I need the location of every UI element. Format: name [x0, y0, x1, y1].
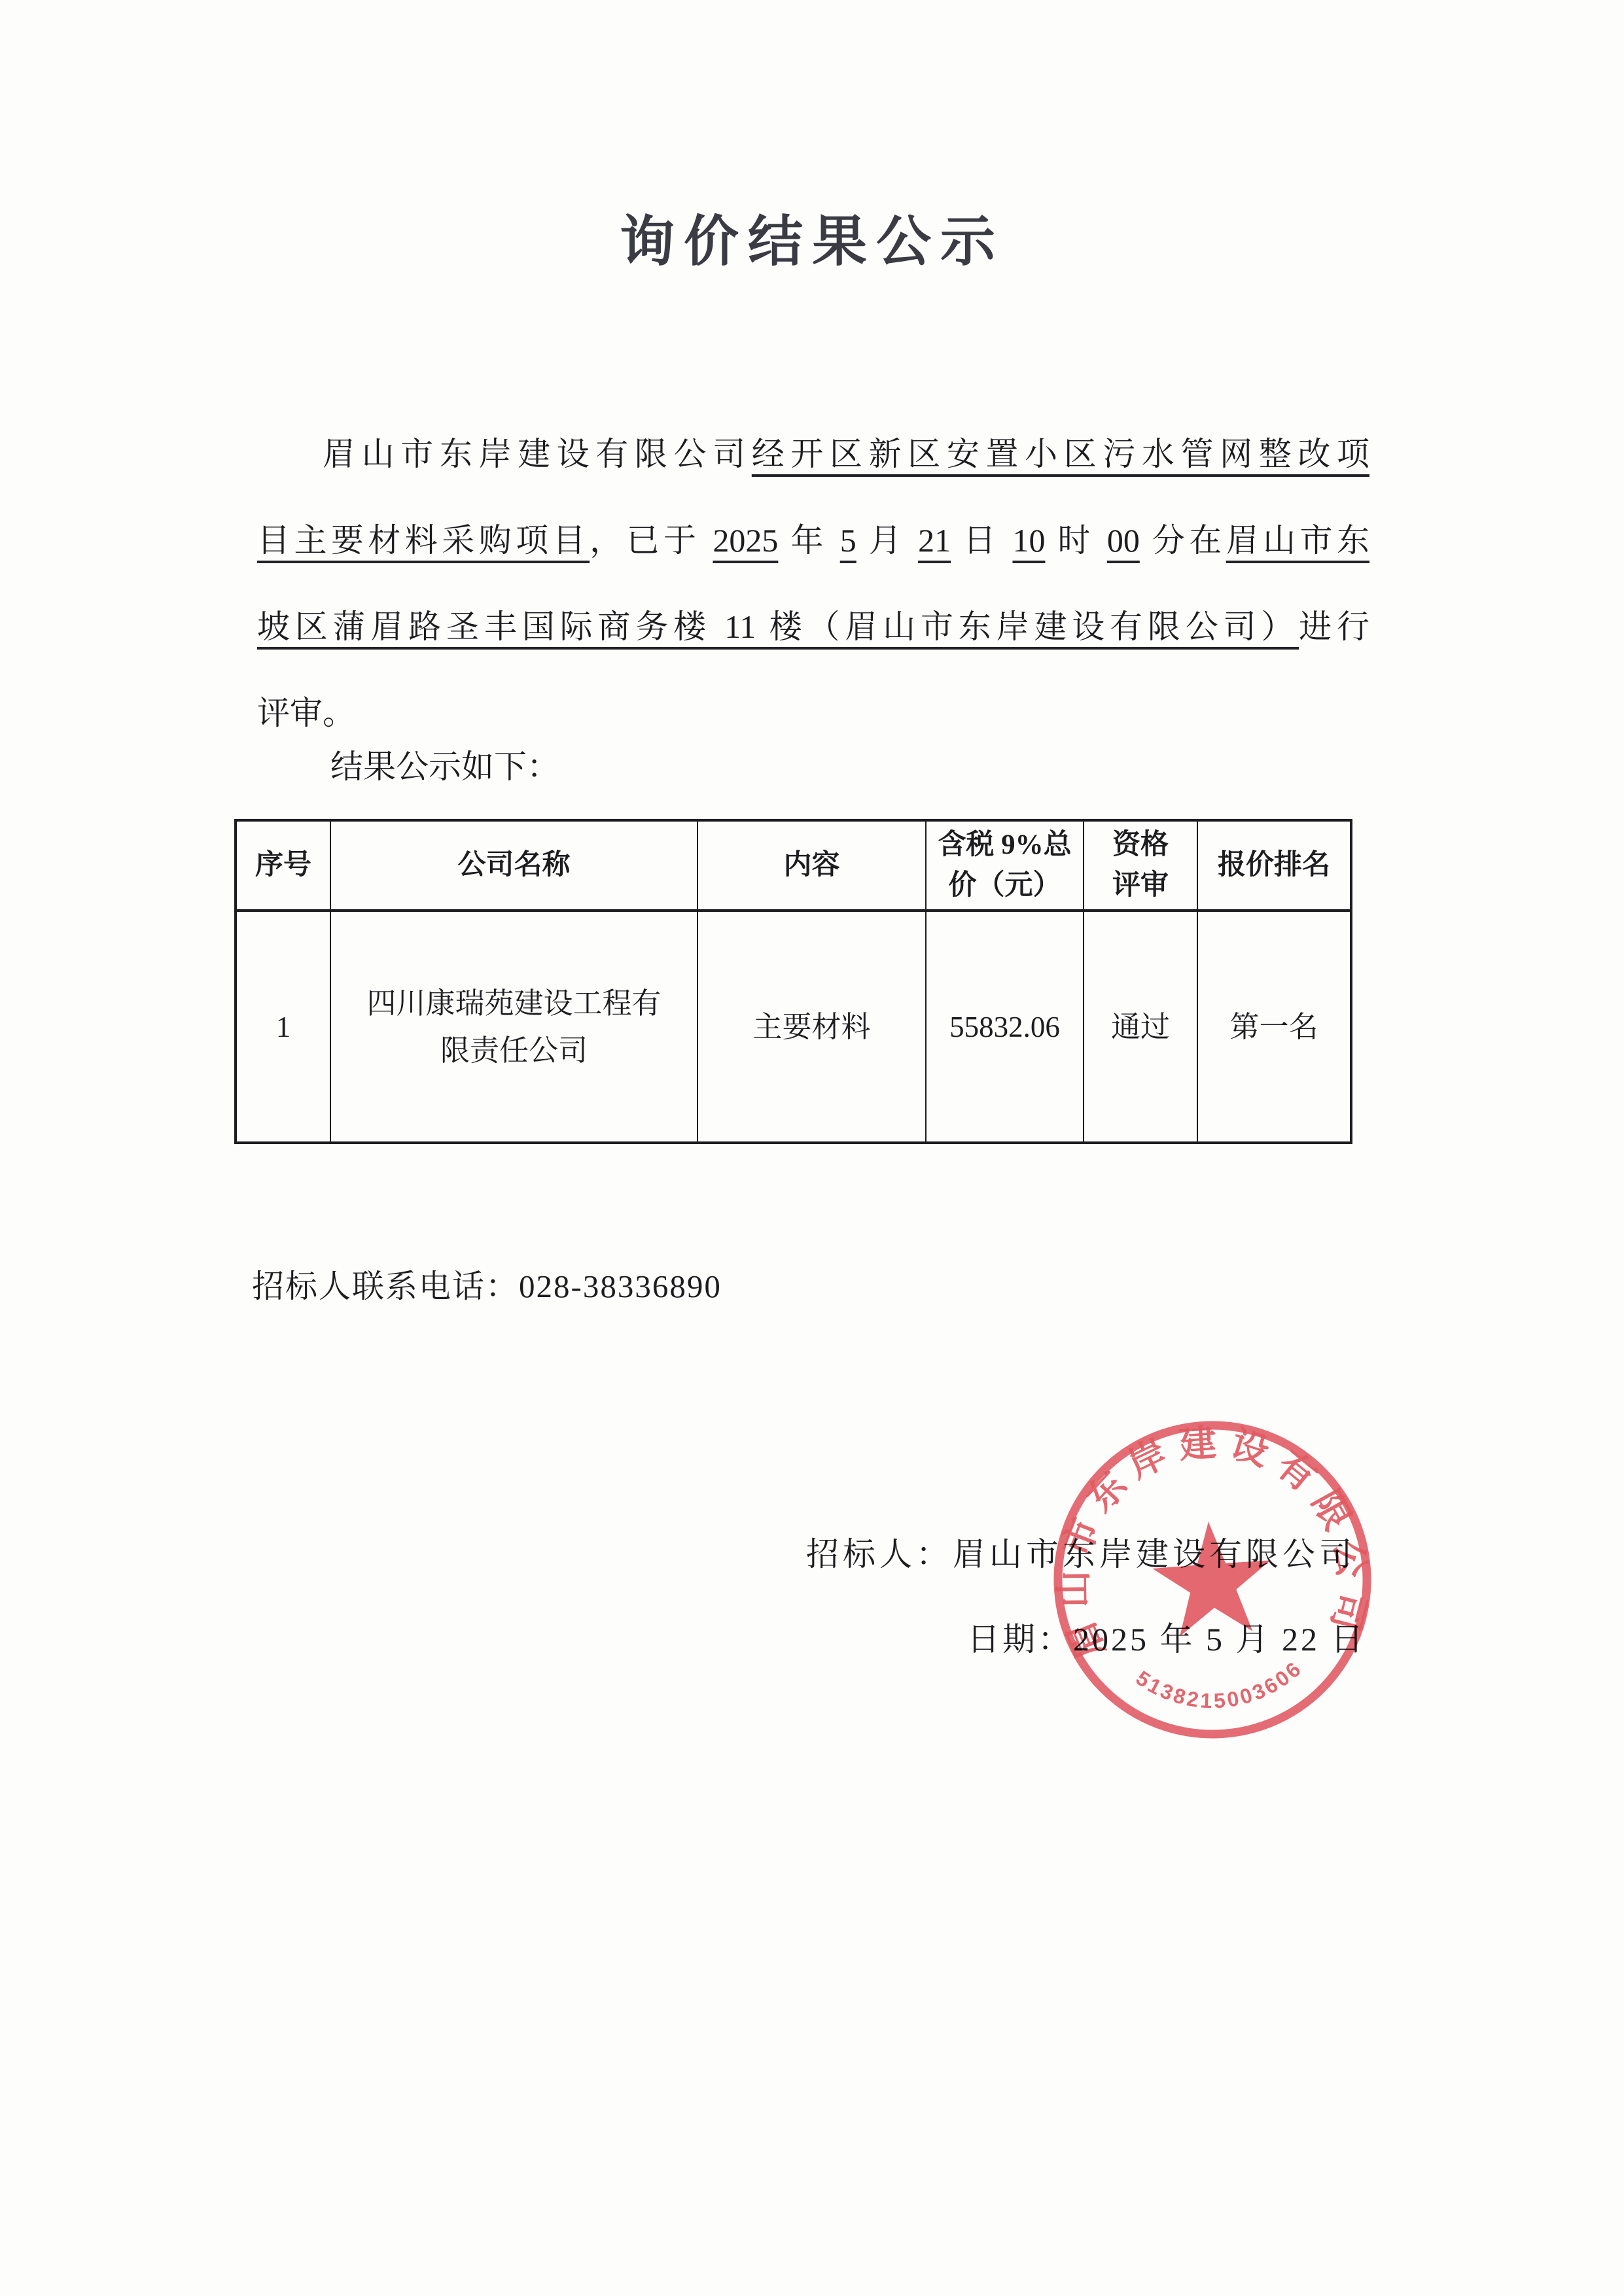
- table-cell: 四川康瑞苑建设工程有 限责任公司: [330, 911, 697, 1143]
- text-segment: 月: [856, 522, 918, 559]
- underlined-text-segment: 00: [1107, 522, 1140, 559]
- text-segment: 年: [778, 522, 839, 559]
- page-title: 询价结果公示: [0, 198, 1624, 277]
- column-header: 报价排名: [1197, 820, 1351, 911]
- table-cell: 第一名: [1197, 911, 1351, 1143]
- contact-phone-line: 招标人联系电话：028-38336890: [252, 1261, 722, 1307]
- table-cell: 1: [236, 911, 330, 1143]
- seal-star-icon: [1150, 1518, 1275, 1638]
- underlined-text-segment: 坡区蒲眉路圣丰国际商务楼 11 楼（眉山市东岸建设有限公司）: [257, 608, 1299, 645]
- paragraph-line: 评审。: [257, 670, 1369, 756]
- column-header: 资格 评审: [1084, 820, 1197, 911]
- paragraph-line: 眉山市东岸建设有限公司经开区新区安置小区污水管网整改项: [257, 411, 1369, 497]
- underlined-text-segment: 10: [1012, 522, 1045, 559]
- underlined-text-segment: 经开区新区安置小区污水管网整改项: [752, 436, 1369, 472]
- body-paragraph: 眉山市东岸建设有限公司经开区新区安置小区污水管网整改项目主要材料采购项目，已于 …: [257, 411, 1369, 756]
- results-intro-text: 结果公示如下：: [257, 747, 1369, 786]
- table-cell: 55832.06: [926, 911, 1084, 1143]
- table-cell: 通过: [1084, 911, 1197, 1143]
- underlined-text-segment: 2025: [713, 522, 778, 559]
- text-segment: 进行: [1299, 608, 1369, 645]
- text-segment: 时: [1045, 522, 1106, 559]
- text-segment: 日: [951, 522, 1012, 559]
- table-row: 1四川康瑞苑建设工程有 限责任公司主要材料55832.06通过第一名: [236, 911, 1351, 1143]
- underlined-text-segment: 21: [918, 522, 951, 559]
- column-header: 内容: [697, 820, 926, 911]
- column-header: 公司名称: [330, 820, 697, 911]
- paragraph-line: 目主要材料采购项目，已于 2025 年 5 月 21 日 10 时 00 分在眉…: [257, 497, 1369, 583]
- results-table: 序号公司名称内容含税 9%总 价（元）资格 评审报价排名 1四川康瑞苑建设工程有…: [234, 819, 1352, 1144]
- text-segment: ，已于: [590, 522, 713, 559]
- results-table-header: 序号公司名称内容含税 9%总 价（元）资格 评审报价排名: [236, 820, 1351, 911]
- underlined-text-segment: 眉山市东: [1226, 522, 1369, 559]
- header-row: 序号公司名称内容含税 9%总 价（元）资格 评审报价排名: [236, 820, 1351, 911]
- seal-number-arc-text: 5138215003606: [1131, 1655, 1309, 1718]
- underlined-text-segment: 5: [840, 522, 856, 559]
- results-table-body: 1四川康瑞苑建设工程有 限责任公司主要材料55832.06通过第一名: [236, 911, 1351, 1143]
- column-header: 含税 9%总 价（元）: [926, 820, 1084, 911]
- paragraph-line: 坡区蒲眉路圣丰国际商务楼 11 楼（眉山市东岸建设有限公司）进行: [257, 583, 1369, 670]
- text-segment: 分在: [1140, 522, 1226, 559]
- text-segment: 评审。: [257, 695, 355, 731]
- column-header: 序号: [236, 820, 330, 911]
- document-page: 询价结果公示 眉山市东岸建设有限公司经开区新区安置小区污水管网整改项目主要材料采…: [0, 0, 1624, 2296]
- company-seal-stamp: 眉山市东岸建设有限公司 5138215003606: [1031, 1398, 1394, 1761]
- underlined-text-segment: 目主要材料采购项目: [257, 522, 590, 559]
- text-segment: 眉山市东岸建设有限公司: [323, 436, 752, 472]
- table-cell: 主要材料: [697, 911, 926, 1143]
